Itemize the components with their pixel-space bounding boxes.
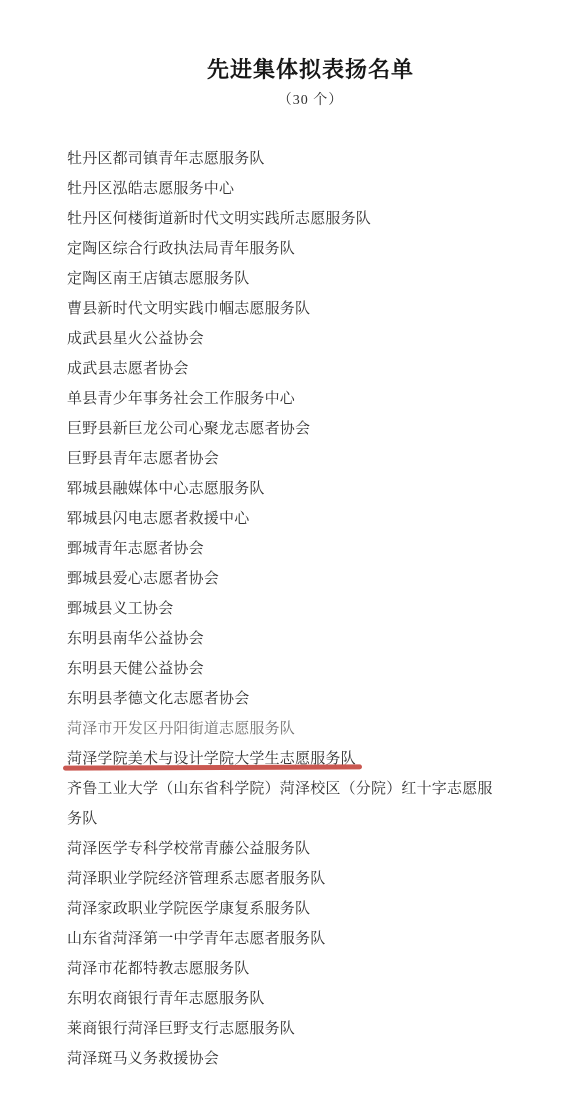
list-item: 郓城县融媒体中心志愿服务队 — [67, 474, 499, 504]
list-item: 东明县南华公益协会 — [67, 624, 499, 654]
list-item: 牡丹区何楼街道新时代文明实践所志愿服务队 — [67, 204, 499, 234]
list-item: 齐鲁工业大学（山东省科学院）菏泽校区（分院）红十字志愿服务队 — [67, 774, 499, 834]
list-item: 菏泽医学专科学校常青藤公益服务队 — [67, 834, 499, 864]
list-item: 定陶区南王店镇志愿服务队 — [67, 264, 499, 294]
list-item: 莱商银行菏泽巨野支行志愿服务队 — [67, 1014, 499, 1044]
list-item: 菏泽家政职业学院医学康复系服务队 — [67, 894, 499, 924]
list-item: 定陶区综合行政执法局青年服务队 — [67, 234, 499, 264]
page-subtitle-count: （30 个） — [34, 92, 587, 110]
list-item: 牡丹区泓皓志愿服务中心 — [67, 174, 499, 204]
document-page: 先进集体拟表扬名单 （30 个） 牡丹区都司镇青年志愿服务队牡丹区泓皓志愿服务中… — [0, 0, 587, 1114]
commendation-list: 牡丹区都司镇青年志愿服务队牡丹区泓皓志愿服务中心牡丹区何楼街道新时代文明实践所志… — [67, 144, 499, 1074]
list-item: 菏泽学院美术与设计学院大学生志愿服务队 — [67, 744, 499, 774]
list-item: 东明县孝德文化志愿者协会 — [67, 684, 499, 714]
list-item: 牡丹区都司镇青年志愿服务队 — [67, 144, 499, 174]
list-item: 成武县星火公益协会 — [67, 324, 499, 354]
list-item: 山东省菏泽第一中学青年志愿者服务队 — [67, 924, 499, 954]
list-item: 鄄城县义工协会 — [67, 594, 499, 624]
list-item: 曹县新时代文明实践巾帼志愿服务队 — [67, 294, 499, 324]
list-item: 东明县天健公益协会 — [67, 654, 499, 684]
list-item: 鄄城县爱心志愿者协会 — [67, 564, 499, 594]
list-item: 菏泽市开发区丹阳街道志愿服务队 — [67, 714, 499, 744]
list-item: 成武县志愿者协会 — [67, 354, 499, 384]
list-item: 菏泽市花都特教志愿服务队 — [67, 954, 499, 984]
list-item: 鄄城青年志愿者协会 — [67, 534, 499, 564]
list-item: 菏泽斑马义务救援协会 — [67, 1044, 499, 1074]
page-title: 先进集体拟表扬名单 — [34, 57, 587, 83]
list-item: 巨野县新巨龙公司心聚龙志愿者协会 — [67, 414, 499, 444]
list-item: 郓城县闪电志愿者救援中心 — [67, 504, 499, 534]
list-item: 菏泽职业学院经济管理系志愿者服务队 — [67, 864, 499, 894]
red-underline-annotation — [63, 764, 362, 770]
list-item: 单县青少年事务社会工作服务中心 — [67, 384, 499, 414]
list-item: 东明农商银行青年志愿服务队 — [67, 984, 499, 1014]
list-item: 巨野县青年志愿者协会 — [67, 444, 499, 474]
document-content: 先进集体拟表扬名单 （30 个） 牡丹区都司镇青年志愿服务队牡丹区泓皓志愿服务中… — [34, 0, 587, 1074]
